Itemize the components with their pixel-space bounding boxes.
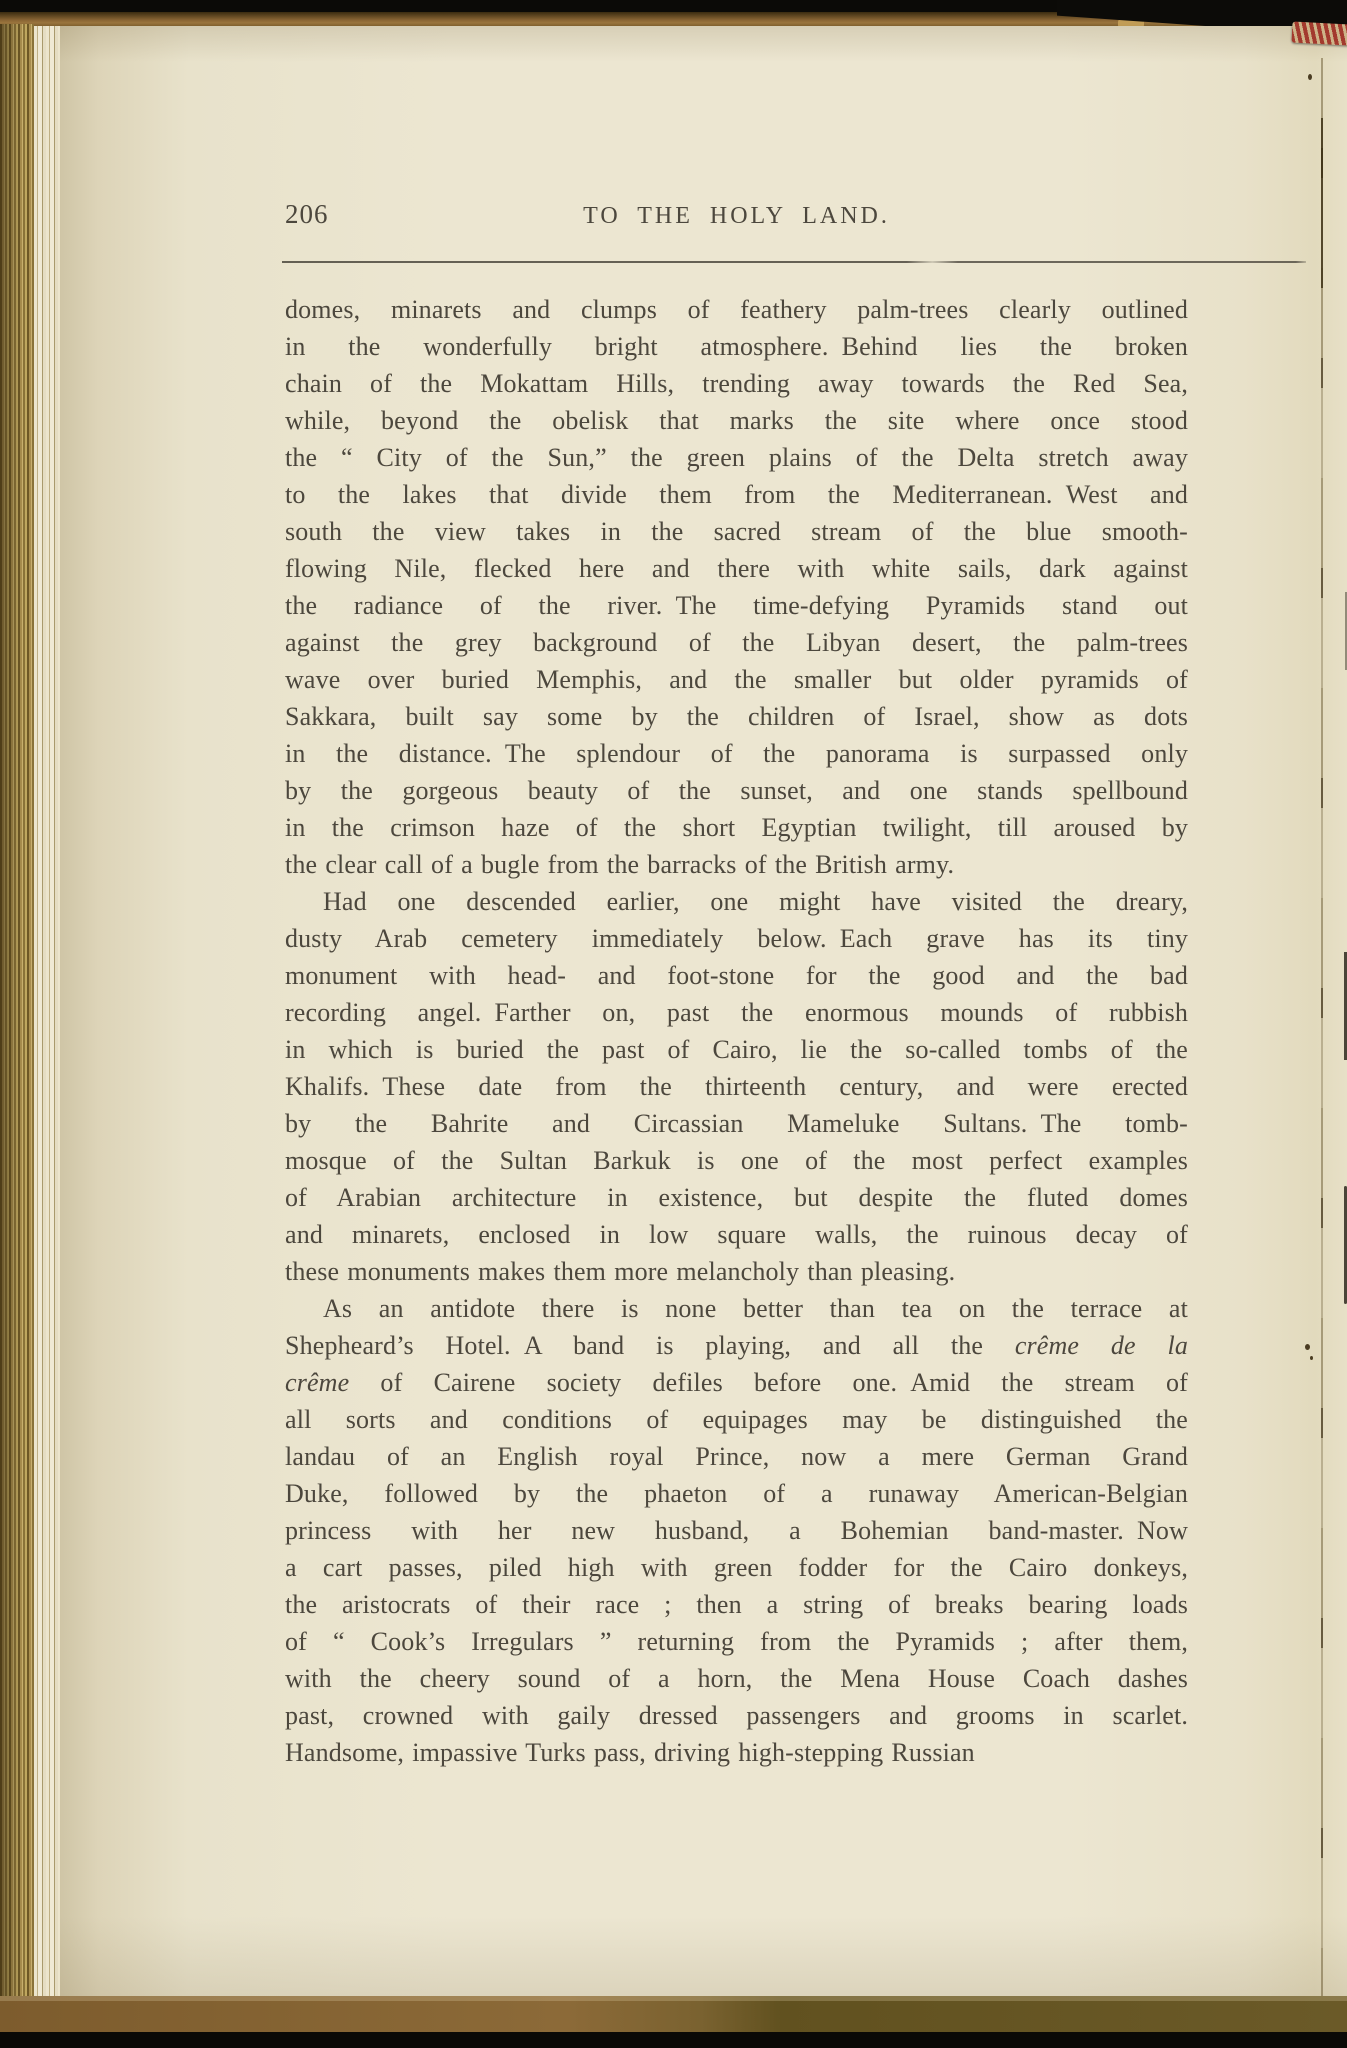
page-block-edges-outer [0, 24, 34, 2006]
text-line: past, crowned with gaily dressed passeng… [285, 1697, 1188, 1734]
page-crease-dark-segment [1321, 118, 1323, 288]
text-line: in the crimson haze of the short Egyptia… [285, 809, 1188, 846]
text-line: the clear call of a bugle from the barra… [285, 846, 1188, 883]
header-rule [282, 261, 1306, 263]
text-line: these monuments makes them more melancho… [285, 1253, 1188, 1290]
paper-speck [1305, 1344, 1310, 1350]
text-segment: Shepheard’s Hotel. A band is playing, an… [285, 1331, 1015, 1360]
text-segment: of Cairene society defiles before one. A… [349, 1368, 1188, 1397]
text-line: and minarets, enclosed in low square wal… [285, 1216, 1188, 1253]
text-line: in the distance. The splendour of the pa… [285, 735, 1188, 772]
text-line: against the grey background of the Libya… [285, 624, 1188, 661]
text-line: Shepheard’s Hotel. A band is playing, an… [285, 1327, 1188, 1364]
text-line: a cart passes, piled high with green fod… [285, 1549, 1188, 1586]
text-line: chain of the Mokattam Hills, trending aw… [285, 365, 1188, 402]
text-line: in the wonderfully bright atmosphere. Be… [285, 328, 1188, 365]
text-line: dusty Arab cemetery immediately below. E… [285, 920, 1188, 957]
text-line: landau of an English royal Prince, now a… [285, 1438, 1188, 1475]
text-line: flowing Nile, flecked here and there wit… [285, 550, 1188, 587]
cover-bottom-highlight [0, 1996, 1347, 2001]
headband [1291, 21, 1347, 45]
text-line: all sorts and conditions of equipages ma… [285, 1401, 1188, 1438]
book-photo: 206 TO THE HOLY LAND. domes, minarets an… [0, 0, 1347, 2048]
text-line: recording angel. Farther on, past the en… [285, 994, 1188, 1031]
text-line: by the Bahrite and Circassian Mameluke S… [285, 1105, 1188, 1142]
text-line: Sakkara, built say some by the children … [285, 698, 1188, 735]
text-line: Duke, followed by the phaeton of a runaw… [285, 1475, 1188, 1512]
book-cover-bottom-edge [0, 1996, 1347, 2036]
text-line: As an antidote there is none better than… [285, 1290, 1188, 1327]
text-line: crême of Cairene society defiles before … [285, 1364, 1188, 1401]
text-line: of Arabian architecture in existence, bu… [285, 1179, 1188, 1216]
text-line: wave over buried Memphis, and the smalle… [285, 661, 1188, 698]
text-line: Had one descended earlier, one might hav… [285, 883, 1188, 920]
italic-text: crême [285, 1368, 349, 1397]
text-line: in which is buried the past of Cairo, li… [285, 1031, 1188, 1068]
page-crease [1321, 58, 1323, 1998]
text-line: while, beyond the obelisk that marks the… [285, 402, 1188, 439]
text-line: by the gorgeous beauty of the sunset, an… [285, 772, 1188, 809]
text-line: the “ City of the Sun,” the green plains… [285, 439, 1188, 476]
text-line: with the cheery sound of a horn, the Men… [285, 1660, 1188, 1697]
text-line: south the view takes in the sacred strea… [285, 513, 1188, 550]
italic-text: crême de la [1015, 1331, 1188, 1360]
text-line: mosque of the Sultan Barkuk is one of th… [285, 1142, 1188, 1179]
text-line: of “ Cook’s Irregulars ” returning from … [285, 1623, 1188, 1660]
text-line: Khalifs. These date from the thirteenth … [285, 1068, 1188, 1105]
text-line: princess with her new husband, a Bohemia… [285, 1512, 1188, 1549]
paper-speck [1308, 74, 1312, 80]
background-bottom [0, 2032, 1347, 2048]
text-line: the aristocrats of their race ; then a s… [285, 1586, 1188, 1623]
text-line: Handsome, impassive Turks pass, driving … [285, 1734, 1188, 1771]
text-line: domes, minarets and clumps of feathery p… [285, 291, 1188, 328]
running-title: TO THE HOLY LAND. [285, 203, 1188, 229]
text-line: to the lakes that divide them from the M… [285, 476, 1188, 513]
text-line: monument with head- and foot-stone for t… [285, 957, 1188, 994]
body-text: domes, minarets and clumps of feathery p… [285, 291, 1188, 1771]
paper-speck [1310, 1356, 1313, 1360]
text-line: the radiance of the river. The time-defy… [285, 587, 1188, 624]
